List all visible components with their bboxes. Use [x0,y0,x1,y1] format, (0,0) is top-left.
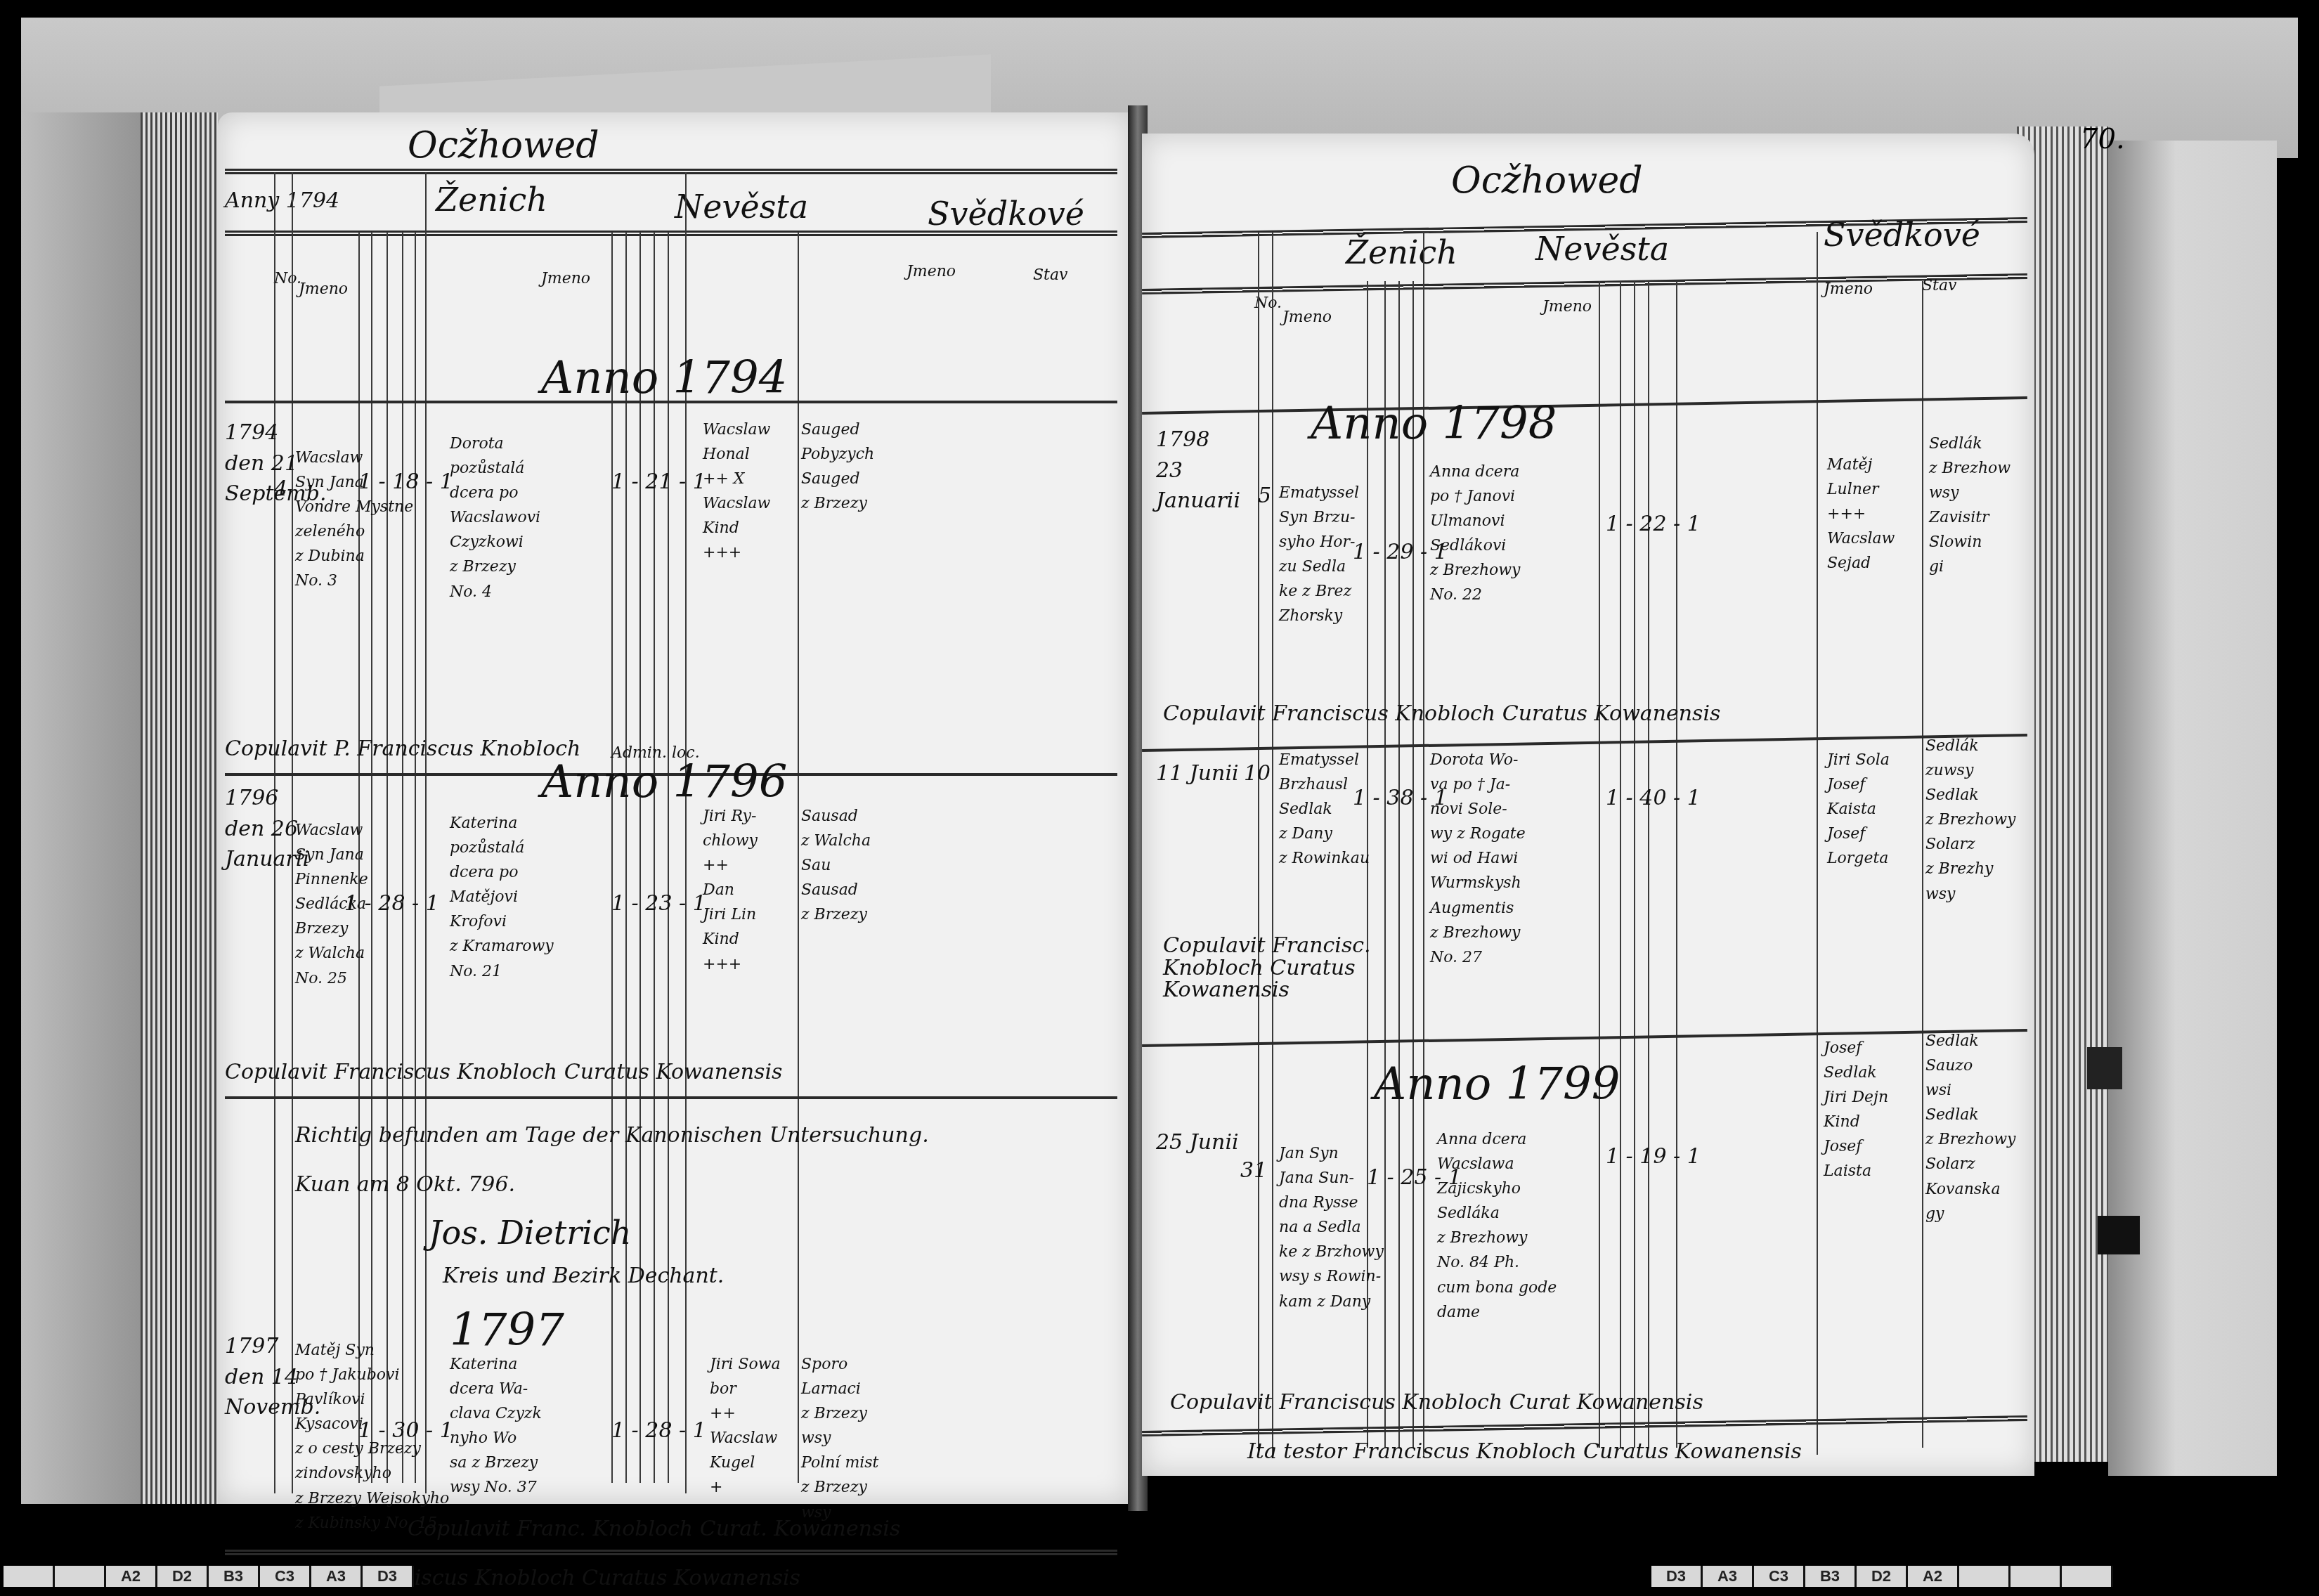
handwritten-line: zuwsy [1925,763,2016,779]
bride-details: Anna dceraWacslawaZajicskyhoSedlákaz Bre… [1437,1131,1557,1329]
groom-age-marks: 1 - 18 - 1 [358,471,453,493]
handwritten-line: z Brezhy [1925,861,2016,877]
book-cover-right [2108,141,2277,1476]
handwritten-line: zeleného [295,524,413,540]
column-bride-header: Nevěsta [675,190,808,223]
handwritten-line: Wurmskysh [1430,875,1526,891]
color-calibration-ruler-right: D3A3C3B3D2A2 [1651,1566,2113,1587]
handwritten-line: zu Sedla [1279,559,1359,575]
handwritten-line: pozůstalá [450,840,554,856]
handwritten-line: po † Janovi [1430,488,1521,505]
handwritten-line: syho Hor- [1279,534,1359,550]
handwritten-line: Jiri Lin [703,907,758,923]
handwritten-line: sa z Brzezy [450,1455,542,1471]
handwritten-line: z Brzezy [801,495,874,512]
handwritten-line: Kaista [1827,801,1890,817]
witness-names: JosefSedlakJiri DejnKindJosefLaista [1824,1040,1888,1188]
handwritten-line: Slowin [1929,534,2011,550]
ruler-cell: A3 [1703,1566,1754,1587]
entry-number: 10 [1244,763,1271,785]
handwritten-line: cum bona gode [1437,1280,1557,1296]
handwritten-line: nyho Wo [450,1430,542,1446]
handwritten-line: z Walcha [295,945,368,961]
handwritten-line: z Brzezy [801,1479,878,1496]
handwritten-line: Zhorsky [1279,608,1359,624]
groom-age-marks: 1 - 28 - 1 [344,893,439,915]
inspection-note: Kuan am 8 Okt. 796. [295,1174,515,1196]
handwritten-line: wsi [1925,1082,2016,1098]
handwritten-line: No. 21 [450,964,554,980]
handwritten-line: Augmentis [1430,900,1526,916]
handwritten-line: Kugel [710,1455,781,1471]
handwritten-line: Sejad [1827,555,1895,571]
handwritten-line: Sedlák [1925,738,2016,754]
handwritten-line: Sauzo [1925,1058,2016,1074]
ruler-cell: A2 [1908,1566,1959,1587]
handwritten-line: Krofovi [450,914,554,930]
bride-details: Katerinadcera Wa-clava Czyzknyho Wosa z … [450,1356,542,1505]
handwritten-line: Kind [703,931,758,947]
handwritten-line: Sedlak [1925,787,2016,803]
handwritten-line: ++ [703,857,758,874]
handwritten-line: z Rowinkau [1279,850,1370,867]
column-bride-name-label: Jmeno [1542,299,1592,315]
column-witness-header: Svědkové [1824,218,1980,252]
handwritten-line: Jiri Sowa [710,1356,781,1373]
ruler-cell: B3 [1805,1566,1857,1587]
handwritten-line: Solarz [1925,1156,2016,1172]
ruler-cell: D3 [363,1566,414,1587]
handwritten-line: ke z Brzhowy [1279,1244,1384,1260]
handwritten-line: No. 4 [450,584,540,600]
handwritten-line: Sausad [801,808,871,824]
handwritten-line: Jiri Ry- [703,808,758,824]
witness-status: Sausadz WalchaSauSausadz Brzezy [801,808,871,931]
handwritten-line: dcera Wa- [450,1381,542,1397]
handwritten-line: Wacslaw [703,422,770,438]
dean-title: Kreis und Bezirk Dechant. [443,1265,724,1287]
handwritten-line: zindovskyho [295,1465,449,1481]
handwritten-line: Josef [1824,1040,1888,1056]
handwritten-line: gi [1929,559,2011,575]
register-title: Ocžhowed [1451,162,1643,200]
ruler-cell: A3 [311,1566,363,1587]
ruler-cell: C3 [1754,1566,1805,1587]
handwritten-line: va po † Ja- [1430,777,1526,793]
handwritten-line: Dorota [450,436,540,452]
rule [225,169,1117,174]
handwritten-line: chlowy [703,833,758,849]
handwritten-line: +++ [703,545,770,561]
column-groom-name-label: Jmeno [1282,309,1332,325]
left-page: Ocžhowed Anny 1794 Ženich Nevěsta Svědko… [218,112,1131,1504]
witness-names: MatějLulner+++WacslawSejad [1827,457,1895,580]
handwritten-line: Sausad [801,882,871,898]
column-witness-status-label: Stav [1922,278,1956,294]
column-number-label: No. [274,271,301,287]
handwritten-line: na a Sedla [1279,1219,1384,1235]
handwritten-line: Kovanska [1925,1181,2016,1198]
handwritten-line: Pinnenke [295,871,368,888]
copulavit-signature: Copulavit Franciscus Knobloch Curatus Ko… [225,1061,783,1084]
witness-names: Jiri Sowabor++WacslawKugel+ [710,1356,781,1505]
bookmark-tab [2098,1216,2140,1254]
copulavit-signature: Copulavit P. Franciscus Knobloch [225,738,580,760]
handwritten-line: z Brezhowy [1437,1230,1557,1246]
handwritten-line: No. 3 [295,573,413,589]
bride-age-marks: 1 - 19 - 1 [1606,1146,1701,1168]
column-witness-header: Svědkové [928,197,1084,231]
handwritten-line: Zajicskyho [1437,1181,1557,1197]
handwritten-line: Ulmanovi [1430,513,1521,529]
witness-status: SporoLarnaciz BrzezywsyPolní mistz Brzez… [801,1356,878,1529]
year-banner: Anno 1798 [1311,401,1557,448]
entry-date: 25 Junii [1156,1131,1239,1162]
handwritten-line: wi od Hawi [1430,850,1526,867]
copulavit-signature: Copulavit Franciscus Knobloch Curat Kowa… [1170,1391,1703,1414]
column-witness-name-label: Jmeno [907,264,956,280]
handwritten-line: +++ [1827,506,1895,522]
handwritten-line: Sedlákovi [1430,538,1521,554]
witness-names: WacslawHonal++ XWacslawKind+++ [703,422,770,570]
handwritten-line: z Brzezy [450,559,540,575]
handwritten-line: Josef [1824,1138,1888,1155]
handwritten-line: Jan Syn [1279,1146,1384,1162]
handwritten-line: Polní mist [801,1455,878,1471]
bride-age-marks: 1 - 21 - 1 [611,471,706,493]
bride-details: Dorota Wo-va po † Ja-novi Sole-wy z Roga… [1430,752,1526,974]
handwritten-line: Sporo [801,1356,878,1373]
copulavit-signature: Copulavit Franc. Knobloch Curat. Kowanen… [408,1518,900,1540]
handwritten-line: z Dubina [295,548,413,564]
attestation-signature: Ita testor Franciscus Knobloch Curatus K… [1247,1441,1802,1463]
handwritten-line: Sauged [801,471,874,487]
ruler-cell: B3 [209,1566,260,1587]
handwritten-line: +++ [703,956,758,973]
bride-age-marks: 1 - 28 - 1 [611,1420,706,1442]
handwritten-line: Josef [1827,777,1890,793]
handwritten-line: Kind [1824,1114,1888,1130]
handwritten-line: No. 27 [1430,949,1526,966]
handwritten-line: Anna dcera [1437,1131,1557,1148]
column-bride-header: Nevěsta [1535,232,1669,266]
handwritten-line: z Brzezy [801,907,871,923]
register-title: Ocžhowed [408,126,599,165]
handwritten-line: wsy [1925,886,2016,902]
ruler-cell: C3 [260,1566,311,1587]
ruler-cell [4,1566,55,1587]
handwritten-line: Syn Brzu- [1279,510,1359,526]
handwritten-line: Dorota Wo- [1430,752,1526,768]
handwritten-line: Wacslaw [703,495,770,512]
handwritten-line: No. 84 Ph. [1437,1254,1557,1271]
year-banner: 1797 [450,1307,564,1354]
column-witness-name-label: Jmeno [1824,281,1873,297]
handwritten-line: Sauged [801,422,874,438]
handwritten-line: + [710,1479,781,1496]
witness-status: SedlákzuwsySedlakz BrezhowySolarzz Brezh… [1925,738,2016,911]
witness-status: SaugedPobyzychSaugedz Brzezy [801,422,874,520]
handwritten-line: ++ [710,1406,781,1422]
handwritten-line: z Brezhowy [1925,812,2016,828]
rule [1142,273,2027,294]
handwritten-line: dcera po [450,864,554,881]
handwritten-line: po † Jakubovi [295,1367,449,1383]
handwritten-line: Wacslawovi [450,510,540,526]
bride-details: Dorotapozůstaládcera poWacslawoviCzyzkow… [450,436,540,609]
handwritten-line: gy [1925,1206,2016,1222]
bride-age-marks: 1 - 22 - 1 [1606,513,1701,536]
page-number: 70. [2080,123,2125,155]
handwritten-line: Larnaci [801,1381,878,1397]
handwritten-line: Zavisitr [1929,510,2011,526]
handwritten-line: ++ X [703,471,770,487]
handwritten-line: Wacslaw [1827,531,1895,547]
ruler-cell [55,1566,106,1587]
handwritten-line: Josef [1827,826,1890,842]
handwritten-line: z Brzezy Wejsokyho [295,1491,449,1507]
bride-details: Anna dcerapo † JanoviUlmanoviSedlákoviz … [1430,464,1521,612]
groom-age-marks: 1 - 30 - 1 [358,1420,453,1442]
right-page: 70. Ocžhowed Ženich Nevěsta Svědkové No.… [1142,134,2034,1476]
handwritten-line: bor [710,1381,781,1397]
handwritten-line: wsy s Rowin- [1279,1269,1384,1285]
handwritten-line: Syn Jana [295,847,368,863]
handwritten-line: novi Sole- [1430,801,1526,817]
handwritten-line: z Brezhow [1929,460,2011,476]
entry-number: 5 [1258,485,1271,507]
ruler-cell: D2 [1857,1566,1908,1587]
year-banner: Anno 1794 [541,355,787,402]
handwritten-line: z o cesty Brzezy [295,1441,449,1457]
handwritten-line: z Walcha [801,833,871,849]
handwritten-line: kam z Dany [1279,1294,1384,1310]
handwritten-line: Pavlíkovi [295,1391,449,1408]
handwritten-line: Katerina [450,1356,542,1373]
ruler-cell: D3 [1651,1566,1703,1587]
bride-age-marks: 1 - 40 - 1 [1606,787,1701,810]
handwritten-line: Matěj Syn [295,1342,449,1358]
handwritten-line: Brzezy [295,921,368,937]
handwritten-line: Lulner [1827,481,1895,498]
handwritten-line: Ematyssel [1279,752,1370,768]
handwritten-line: ke z Brez [1279,583,1359,599]
handwritten-line: wy z Rogate [1430,826,1526,842]
column-groom-name-label: Jmeno [299,281,348,297]
handwritten-line: Vondre Mystne [295,499,413,515]
witness-names: Jiri Ry-chlowy++DanJiri LinKind+++ [703,808,758,981]
handwritten-line: Sedláka [1437,1205,1557,1221]
copulavit-signature: Copulavit Franciscus Knobloch Curatus Ko… [1163,703,1721,725]
handwritten-line: Sedlak [1824,1065,1888,1081]
inspection-note: Richtig befunden am Tage der Kanonischen… [295,1124,929,1147]
groom-details: EmatysselBrzhauslSedlakz Danyz Rowinkau [1279,752,1370,875]
entry-date: 11 Junii [1156,763,1239,793]
handwritten-line: Wacslawa [1437,1156,1557,1172]
handwritten-line: No. 22 [1430,587,1521,603]
color-calibration-ruler-left: A2D2B3C3A3D3 [4,1566,414,1587]
handwritten-line: z Brzezy [801,1406,878,1422]
entry-number: 4 [274,478,287,500]
handwritten-line: z Kramarowy [450,938,554,954]
handwritten-line: Sau [801,857,871,874]
handwritten-line: z Brezhowy [1925,1131,2016,1148]
handwritten-line: dna Rysse [1279,1195,1384,1211]
copulavit-signature: Copulavit Francisc. Knobloch Curatus Kow… [1163,935,1416,1001]
handwritten-line: Wacslaw [710,1430,781,1446]
entry-date: 1798 23 Januarii [1156,429,1240,521]
handwritten-line: wsy [1929,485,2011,501]
column-groom-header: Ženich [436,183,547,216]
witness-status: Sedlákz BrezhowwsyZavisitrSlowingi [1929,436,2011,584]
handwritten-line: z Brezhowy [1430,925,1526,941]
handwritten-line: Honal [703,446,770,462]
bride-details: Katerinapozůstaládcera poMatějoviKrofovi… [450,815,554,988]
ruler-cell [1959,1566,2011,1587]
handwritten-line: Wacslaw [295,450,413,466]
handwritten-line: clava Czyzk [450,1406,542,1422]
witness-status: SedlakSauzowsiSedlakz BrezhowySolarzKova… [1925,1033,2016,1231]
handwritten-line: Ematyssel [1279,485,1359,501]
year-banner: Anno 1799 [1374,1061,1620,1108]
handwritten-line: dame [1437,1304,1557,1321]
handwritten-line: Laista [1824,1163,1888,1179]
ruler-cell [2062,1566,2113,1587]
handwritten-line: No. 25 [295,971,368,987]
page-edges-left [141,112,218,1504]
handwritten-line: Katerina [450,815,554,831]
witness-names: Jiri SolaJosefKaistaJosefLorgeta [1827,752,1890,875]
handwritten-line: Matějovi [450,889,554,905]
handwritten-line: dcera po [450,485,540,501]
handwritten-line: Sedlak [1925,1033,2016,1049]
ruler-cell: D2 [157,1566,209,1587]
bride-age-marks: 1 - 23 - 1 [611,893,706,915]
column-groom-header: Ženich [1346,235,1457,269]
ruler-cell: A2 [106,1566,157,1587]
handwritten-line: Lorgeta [1827,850,1890,867]
handwritten-line: Jiri Sola [1827,752,1890,768]
handwritten-line: pozůstalá [450,460,540,476]
groom-details: EmatysselSyn Brzu-syho Hor-zu Sedlake z … [1279,485,1359,633]
ruler-cell [2011,1566,2062,1587]
year-banner: Anno 1796 [541,759,787,806]
handwritten-line: Sedlák [1929,436,2011,452]
handwritten-line: Matěj [1827,457,1895,473]
handwritten-line: Czyzkowi [450,534,540,550]
handwritten-line: Kind [703,520,770,536]
handwritten-line: Pobyzych [801,446,874,462]
entry-number: 31 [1240,1160,1267,1182]
handwritten-line: Anna dcera [1430,464,1521,480]
handwritten-line: Jiri Dejn [1824,1089,1888,1105]
bookmark-tab [2087,1047,2122,1089]
column-bride-name-label: Jmeno [541,271,590,287]
handwritten-line: Solarz [1925,836,2016,852]
handwritten-line: Wacslaw [295,822,368,838]
handwritten-line: Dan [703,882,758,898]
handwritten-line: wsy No. 37 [450,1479,542,1496]
handwritten-line: z Dany [1279,826,1370,842]
handwritten-line: wsy [801,1430,878,1446]
handwritten-line: Sedlak [1925,1107,2016,1123]
handwritten-line: z Brezhowy [1430,562,1521,578]
dean-signature: Jos. Dietrich [429,1216,631,1250]
column-witness-status-label: Stav [1033,267,1067,283]
column-date-header: Anny 1794 [225,190,339,212]
